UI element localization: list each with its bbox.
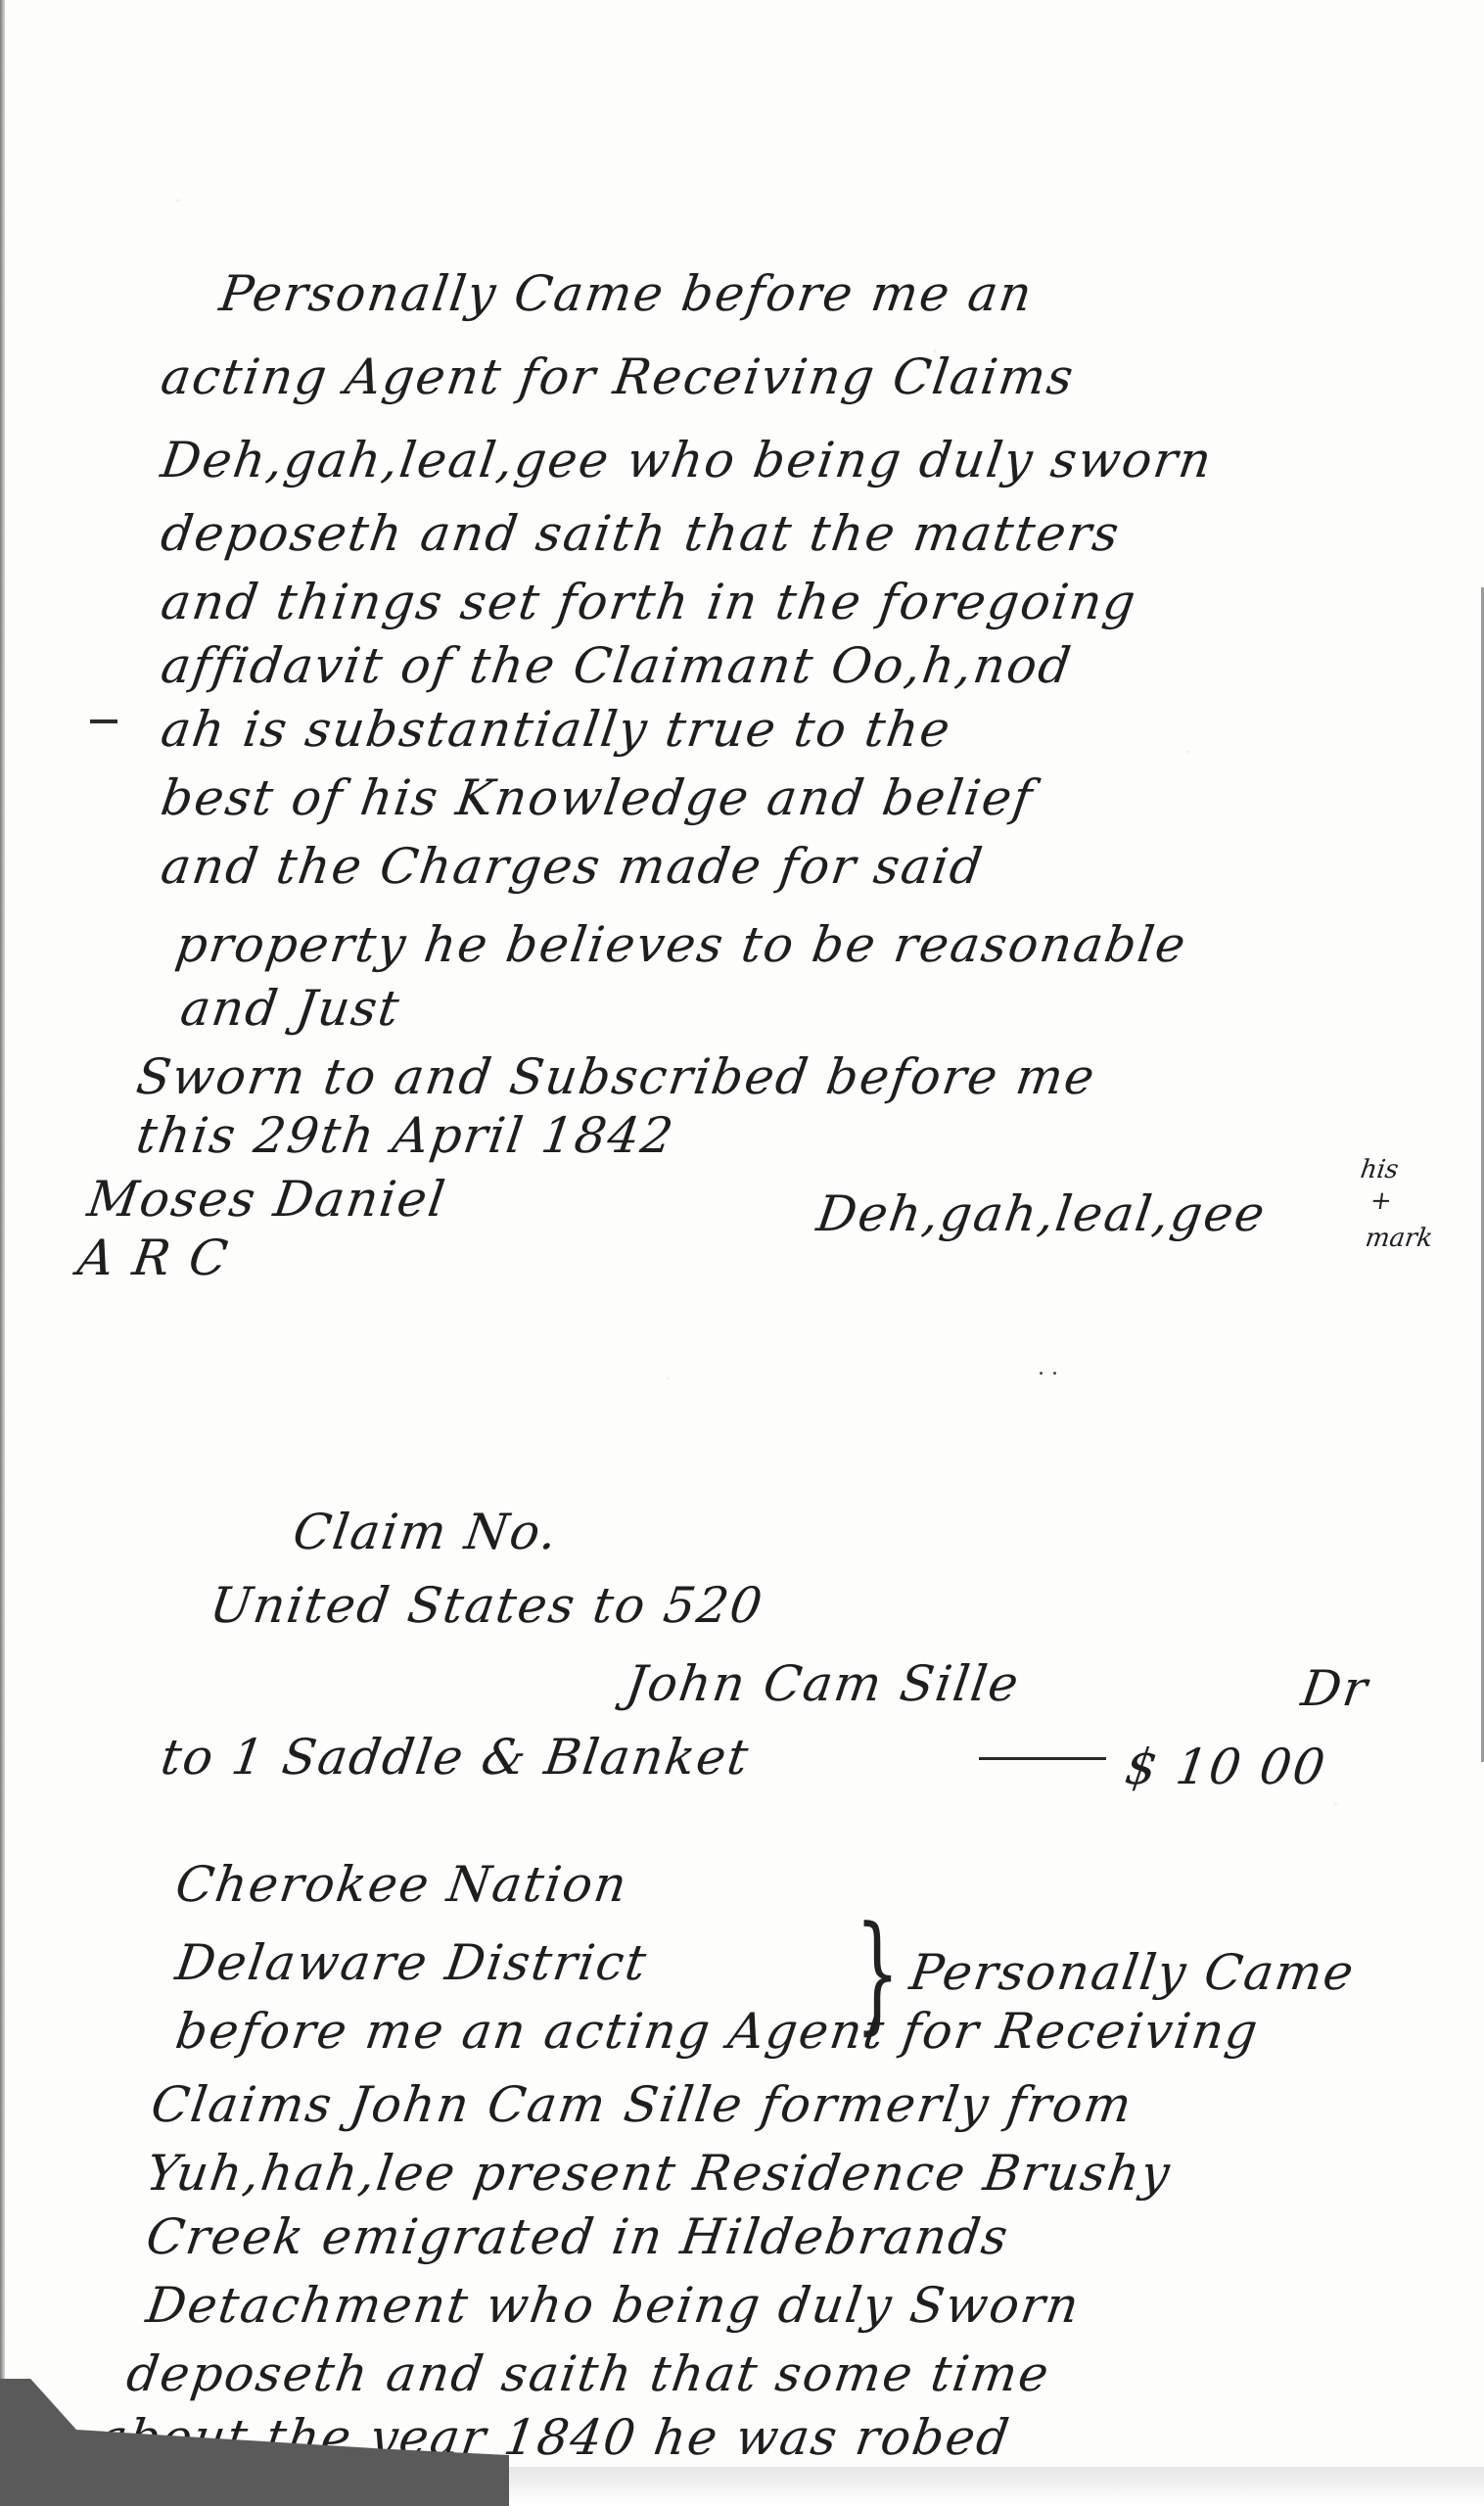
- scanned-document-page: Personally Came before me an acting Agen…: [0, 0, 1484, 2506]
- claim-item: to 1 Saddle & Blanket: [158, 1728, 754, 1787]
- agent-title: A R C: [74, 1229, 233, 1287]
- text-line: acting Agent for Receiving Claims: [158, 348, 1079, 406]
- scan-bottom-shadow: [372, 2467, 1484, 2506]
- text-line: Claims John Cam Sille formerly from: [148, 2075, 1136, 2134]
- text-line: property he believes to be reasonable: [172, 915, 1191, 974]
- text-line: affidavit of the Claimant Oo,h,nod: [158, 636, 1076, 695]
- agent-signature: Moses Daniel: [84, 1170, 450, 1229]
- page-left-edge-shadow: [0, 0, 5, 2408]
- text-line: Personally Came before me an: [216, 264, 1038, 323]
- text-line: deposeth and saith that the matters: [158, 504, 1125, 563]
- text-line: and things set forth in the foregoing: [158, 573, 1141, 631]
- margin-hyphen-mark: [90, 719, 117, 723]
- text-line: best of his Knowledge and belief: [158, 768, 1038, 827]
- text-line: deposeth and saith that some time: [123, 2344, 1054, 2403]
- venue-district: Delaware District: [172, 1933, 652, 1992]
- text-line: before me an acting Agent for Receiving: [172, 2002, 1263, 2061]
- affiant-name: Deh,gah,leal,gee: [813, 1184, 1271, 1243]
- text-line: Personally Came: [906, 1943, 1359, 2002]
- claim-amount: $ 10 00: [1122, 1738, 1330, 1796]
- jurat-date: this 29th April 1842: [133, 1106, 678, 1165]
- mark-label-his: his: [1359, 1155, 1401, 1184]
- claim-debtor-abbrev: Dr: [1298, 1659, 1372, 1718]
- stray-dots: . .: [1038, 1356, 1058, 1380]
- claim-number-heading: Claim No.: [290, 1503, 563, 1561]
- text-line: and the Charges made for said: [158, 837, 988, 896]
- text-line: ah is substantially true to the: [158, 700, 955, 759]
- mark-label-mark: mark: [1364, 1224, 1435, 1253]
- venue-nation: Cherokee Nation: [172, 1855, 632, 1914]
- leader-rule: [979, 1757, 1106, 1760]
- claim-payee: John Cam Sille: [623, 1654, 1024, 1713]
- text-line: Deh,gah,leal,gee who being duly sworn: [158, 431, 1217, 489]
- text-line: and Just: [177, 979, 404, 1038]
- jurat-line: Sworn to and Subscribed before me: [133, 1047, 1100, 1106]
- text-line: Detachment who being duly Sworn: [143, 2276, 1085, 2335]
- text-line: Yuh,hah,lee present Residence Brushy: [143, 2144, 1176, 2203]
- text-line: Creek emigrated in Hildebrands: [143, 2207, 1013, 2266]
- mark-cross-icon: +: [1368, 1186, 1394, 1216]
- claim-united-states-line: United States to 520: [207, 1576, 767, 1635]
